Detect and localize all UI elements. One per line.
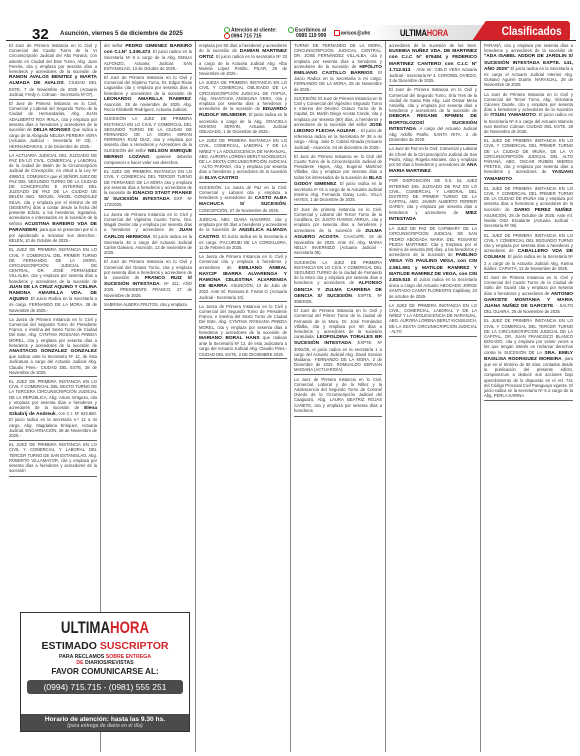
notice-text: El Juez de Primera Instancia en lo Civil… [9,43,97,74]
notice-text: POR DISPOSICIÓN DE S.S. EL JUEZ INTERINO… [389,178,477,214]
notice-text: La Juez de Paz en lo Civil, Comercial y … [389,146,477,167]
phone-icon [224,33,230,39]
subscriber-ad: ULTIMAHORA ESTIMADO SUSCRIPTOR PARA RECL… [20,612,190,732]
legal-notice: El Juez de Primera Instancia en lo Civil… [294,154,382,205]
legal-notice: EL JUEZ DE PRIMERA INSTANCIA EN LO CIVIL… [484,318,573,401]
ad-headline-red: SUSCRIPTOR [100,640,169,652]
section-banner: ULTIMAHORA Clasificados [370,21,570,41]
brand-logo: ULTIMAHORA [400,28,448,39]
legal-notice: El Juez de primera instancia en lo Civil… [294,207,382,258]
notice-text: La Jueza de Primera Instancia en lo Civi… [9,317,97,348]
legal-notice: SABRINA ALBERA FRUTOS, cita y emplaza [104,302,192,311]
ad-cta: FAVOR COMUNICARSE AL: [21,667,189,676]
legal-notice: POR DISPOSICIÓN DE S.S. EL JUEZ INTERINO… [389,178,477,224]
notice-text: EL JUEZ DE PRIMERA INSTANCIA EN LO CIVIL… [484,318,573,354]
legal-notice: JUDICIAL ABG. DIANA NAVARRO, cita y empl… [199,217,287,253]
legal-notice: SUCESIÓN: La Jueza de Paz en lo Civil, C… [199,185,287,216]
legal-notice: TURNO DE FERNANDO DE LA MORA, CIRCUNSCRI… [294,43,382,94]
notice-tail: que radicar ante la Secretaría Nº 12, de… [9,354,97,375]
legal-notice: EL JUEZ DE PRIMERA INSTANCIA EN LO CIVIL… [9,247,97,315]
notice-tail: , para que en el término de 60 días, con… [484,356,573,398]
whatsapp-icon [288,27,294,33]
legal-notice: El Juez de Primera Instancia en lo Civil… [104,75,192,115]
legal-notice: SUCESIÓN: El Juez de Primera Instancia e… [294,96,382,153]
legal-notice: LA ACTUARIA JUDICIAL DEL JUZGADO DE PAZ … [9,153,97,246]
legal-notice: La Juez de Primera Instancia en lo Civil… [484,92,573,137]
legal-notice: La Jueza de Primera Instancia en lo Civi… [199,254,287,302]
column-5: acreedores de la sucesión de los Sres. E… [386,41,481,752]
notice-text: del señor [104,43,125,48]
customer-service-contact: Atención al cliente: 0994 715 715 [224,27,277,40]
notice-decedent-name: ELVA CASTRO [205,176,239,181]
legal-notice: del señor PEDRO GIMENEZ BAREIRO con C.I.… [104,43,192,74]
mail-icon [334,30,340,36]
legal-notice: EL JUEZ DE PRIMERA INSTANCIA EN LO CIVIL… [484,186,573,231]
legal-notice: EL JUEZ DE PRIMERA INSTANCIA EN LO CIVIL… [104,169,192,210]
notice-text: PARANÁ, cita y emplaza por sesenta días … [484,43,573,53]
notice-tail: . El juicio radica en la secretaría Nº 3… [199,54,287,76]
legal-notice: La Jueza de Primera Instancia en lo Civi… [9,317,97,378]
notice-text: SABRINA ALBERA FRUTOS, cita y emplaza [104,302,187,307]
ad-line2-black: DIARIOS/REVISTAS [85,660,134,666]
legal-notice: acreedores de la sucesión de los Sres. E… [389,43,477,86]
column-4: TURNO DE FERNANDO DE LA MORA, CIRCUNSCRI… [291,41,386,752]
legal-notice: El Juez de Primera Instancia en lo Civil… [389,87,477,145]
contact-service-phone: 0994 715 715 [231,34,262,40]
notice-text: EL JUEZ DE PRIMERA INSTANCIA EN LO CIVIL… [9,442,97,473]
notice-text: La Jueza de Primera Instancia en lo Civi… [199,304,287,335]
ad-hours: Horario de atención: hasta las 9.30 hs. [21,716,189,723]
notice-text: EL JUEZ DE PRIMERA INSTANCIA EN LO CIVIL… [9,247,97,283]
legal-notice: El Juez de Primera Instancia en lo Civil… [9,43,97,100]
legal-notice: La Juez de Primera Instancia en lo Civil… [294,377,382,417]
legal-notice: EL JUEZ DE PRIMERA INSTANCIA EN LO CIVIL… [484,138,573,184]
notice-text: LA ACTUARIA JUDICIAL DEL JUZGADO DE PAZ … [9,153,97,226]
contact-write-phone: 0985 119 999 [288,33,326,39]
ad-hours-bar: Horario de atención: hasta las 9.30 hs. … [21,714,189,731]
section-title: Clasificados [502,24,562,38]
legal-notice: LA JUEZ DE PRIMERA INSTANCIA EN LO CIVIL… [199,138,287,183]
ad-claims-line: PARA RECLAMOS SOBRE ENTREGA DE DIARIOS/R… [21,654,189,666]
notice-text: La Juez de Primera Instancia en lo Civil… [294,377,382,413]
brand-logo-left: ULTIMA [400,28,427,39]
notice-tail: . [238,175,239,180]
notice-text: LA JUEZ DE PRIMERA INSTANCIA EN LO CIVIL… [389,303,477,334]
ad-line2-red: DE [76,660,85,666]
column-3: emplaza por 60 días a herederos y acreed… [196,41,291,752]
legal-notice: El Juez de Primera Instancia en lo Civil… [294,308,382,375]
legal-notice: EL JUEZ DE PRIMERA INSTANCIA EN LO CIVIL… [9,379,97,441]
notice-text: El Juez de Primera Instancia en lo Civil… [104,75,192,96]
column-6: PARANÁ, cita y emplaza por sesenta días … [481,41,576,752]
notice-tail: . [431,168,432,173]
ad-logo: ULTIMAHORA [39,618,170,638]
ad-headline: ESTIMADO SUSCRIPTOR [21,640,189,652]
write-us-contact: Escribinos al 0985 119 999 [288,27,326,39]
legal-notice: EL JUEZ DE PRIMERA INSTANCIA EN LO CIVIL… [484,233,573,274]
legal-notice: EL JUEZ DE PRIMERA INSTANCIA EN LO CIVIL… [9,442,97,477]
legal-notice: SUCESIÓN LA JUEZ DE PRIMERA INSTANCIA EN… [294,260,382,307]
notice-text: El Juez de Primera Instancia en lo Civil… [389,87,477,113]
legal-notice: LA JUEZ DE PRIMERA INSTANCIA EN LO CIVIL… [389,303,477,338]
notice-tail: . [512,176,513,181]
whatsapp-icon [224,27,230,33]
legal-notice: emplaza por 60 días a herederos y acreed… [199,43,287,79]
legal-notice: El Juez de Primera Instancia en lo Civil… [484,275,573,317]
legal-notice: La Jueza de Primera Instancia en lo Civi… [104,212,192,258]
legal-notice: SUCESIÓN LA JUEZ DE PRIMERA INSTANCIA EN… [104,116,192,167]
legal-notice: PARANÁ, cita y emplaza por sesenta días … [484,43,573,90]
dateline: Asunción, viernes 5 de diciembre de 2025 [60,30,183,37]
notice-text: SUCESIÓN LA JUEZ DE PRIMERA INSTANCIA EN… [104,116,192,152]
legal-notice: La Juez de Paz en lo Civil, Comercial y … [389,146,477,177]
brand-logo-right: HORA [427,28,448,39]
legal-notice: LA JUEZA DE PRIMERA INSTANCIA EN LO CIVI… [199,80,287,137]
ad-headline-black: ESTIMADO [42,640,100,652]
legal-notice: El Juez de Primera Instancia en lo Civil… [9,101,97,151]
legal-notice: La Jueza de Primera Instancia en lo Civi… [199,304,287,360]
notice-text: acreedores de la sucesión de los Sres. [389,43,477,48]
page-header: 32 Asunción, viernes 5 de diciembre de 2… [0,0,580,40]
legal-notice: LA JUEZ DE PAZ DE CAPIIBARY DE LA CIRCUN… [389,226,477,301]
ad-logo-left: ULTIMA [61,618,110,637]
ad-phone-numbers[interactable]: (0994) 715.715 - (0981) 555 251 [27,680,183,694]
ad-hours-note: (para entrega de diario en el día) [21,723,189,729]
notice-text: LA JUEZ DE PRIMERA INSTANCIA EN LO CIVIL… [199,138,287,179]
legal-notice: El Juez de Primera Instancia en lo Civil… [104,259,192,300]
ad-logo-right: HORA [110,618,149,637]
